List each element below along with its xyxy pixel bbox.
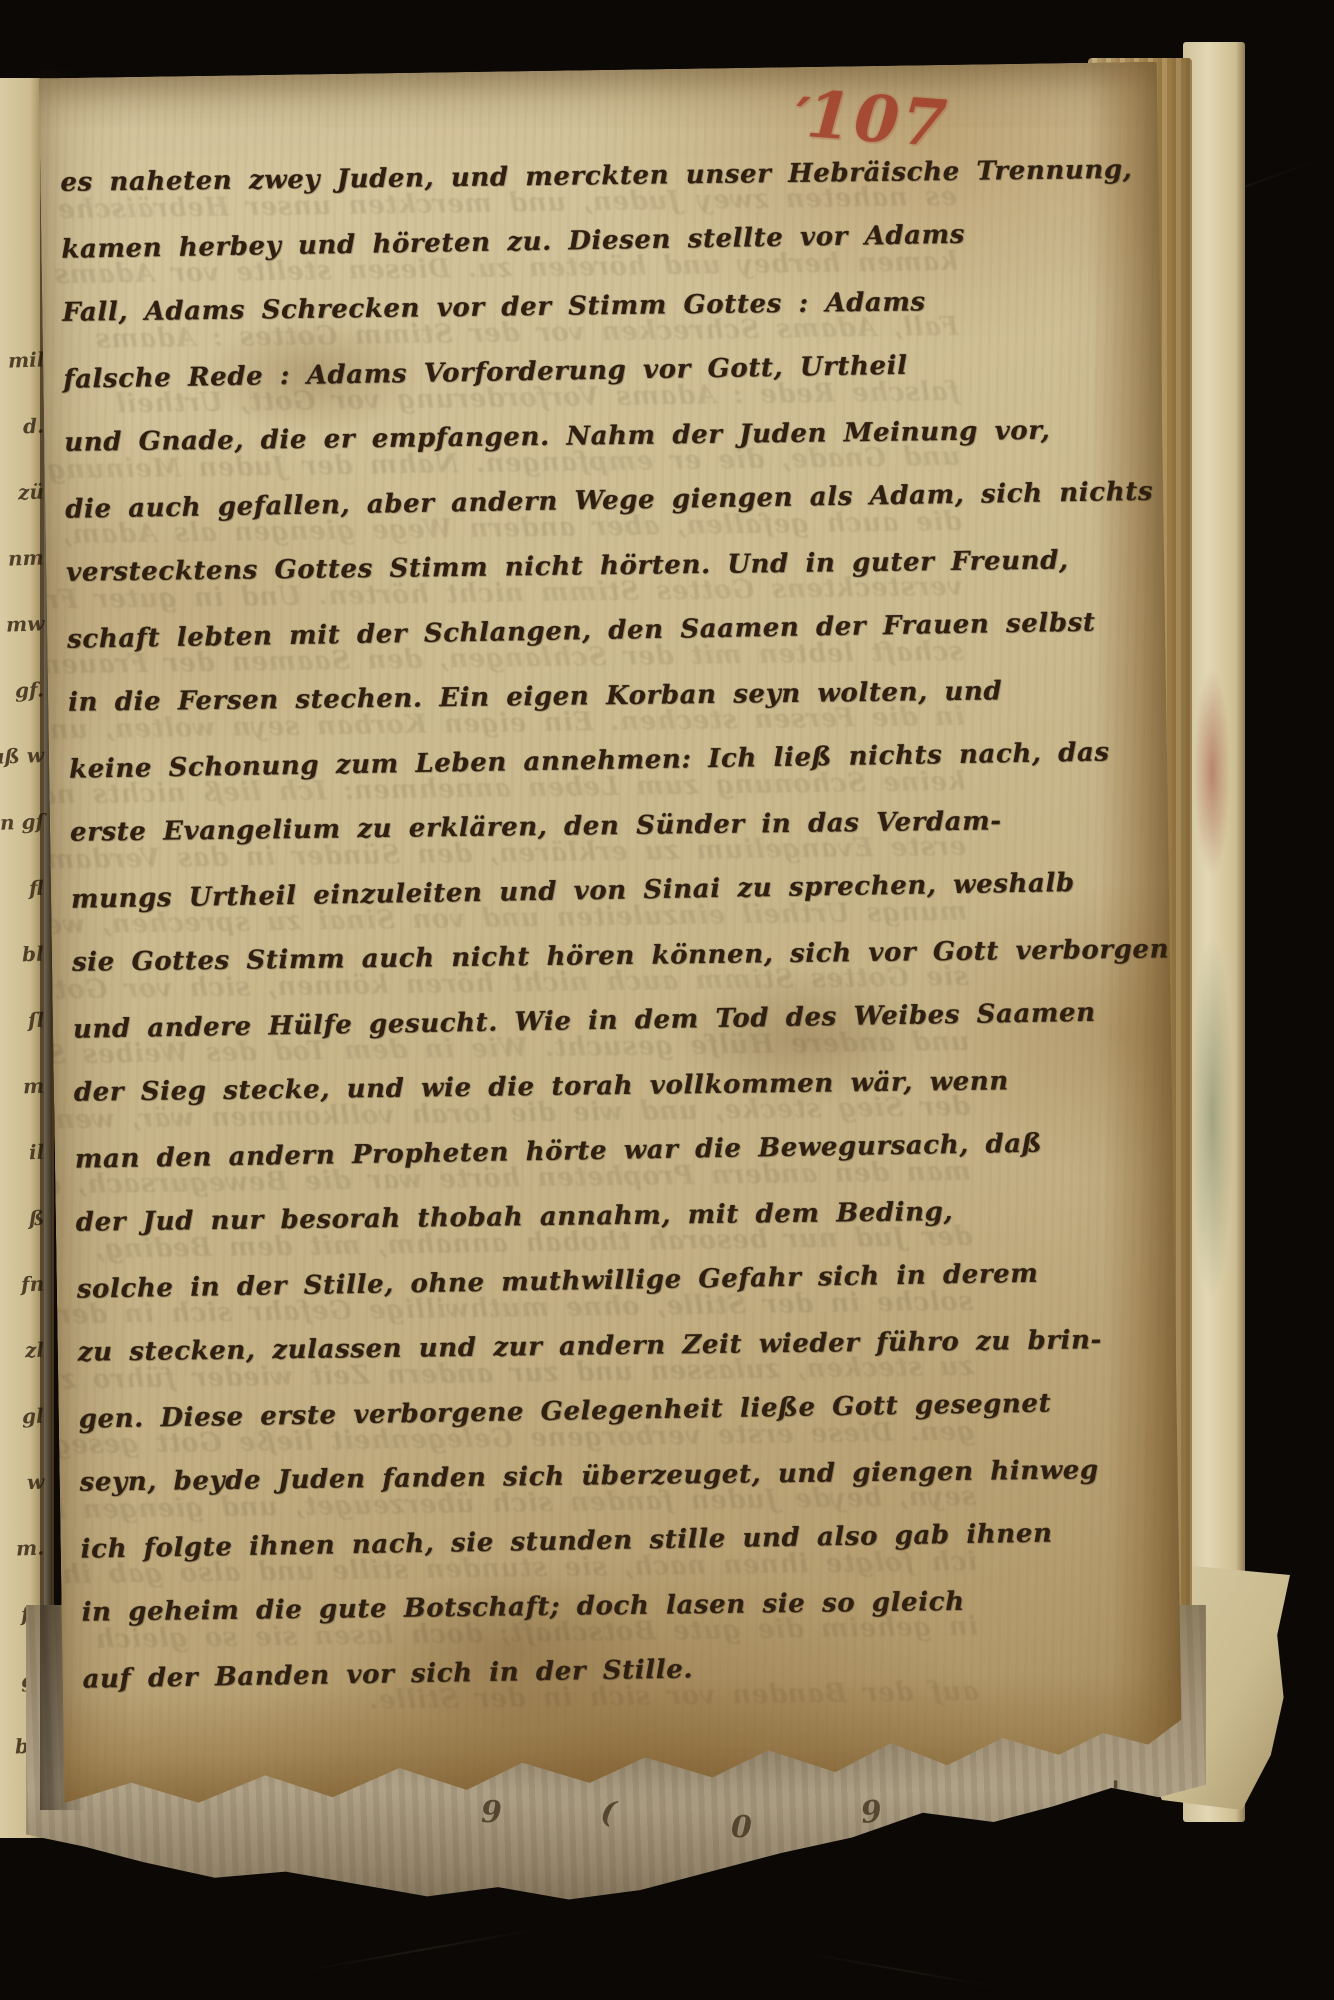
underlying-leaf-fore-edge: [1183, 42, 1245, 1822]
stray-ink-mark: (: [598, 1794, 618, 1831]
background-scratch: [303, 1928, 540, 1972]
digitized-manuscript-photograph: mild.zünmmwgf.uß wn gſflblſlmilßfnzlglwm…: [0, 0, 1334, 2000]
background-scratch: [802, 1952, 999, 1989]
stray-ink-mark: 9: [859, 1794, 883, 1831]
facing-page-line-end: nm: [8, 545, 45, 570]
stray-ink-mark: 9: [481, 1795, 502, 1830]
stray-ink-mark: ': [1111, 1775, 1120, 1810]
fore-edge-red-tint: [1189, 642, 1235, 902]
fore-edge-green-tint: [1187, 902, 1237, 1332]
stray-ink-mark: 0: [731, 1810, 752, 1845]
manuscript-text-block: es naheten zwey Juden, und merckten unse…: [60, 139, 965, 1712]
facing-page-line-end: uß w: [0, 743, 44, 769]
facing-page-line-end: n gſ: [0, 809, 44, 835]
facing-page-line-end: mw: [5, 611, 44, 636]
facing-page-line-end: mil: [7, 347, 44, 372]
manuscript-page: es naheten zwey Juden, und merckten unse…: [39, 62, 1183, 1838]
